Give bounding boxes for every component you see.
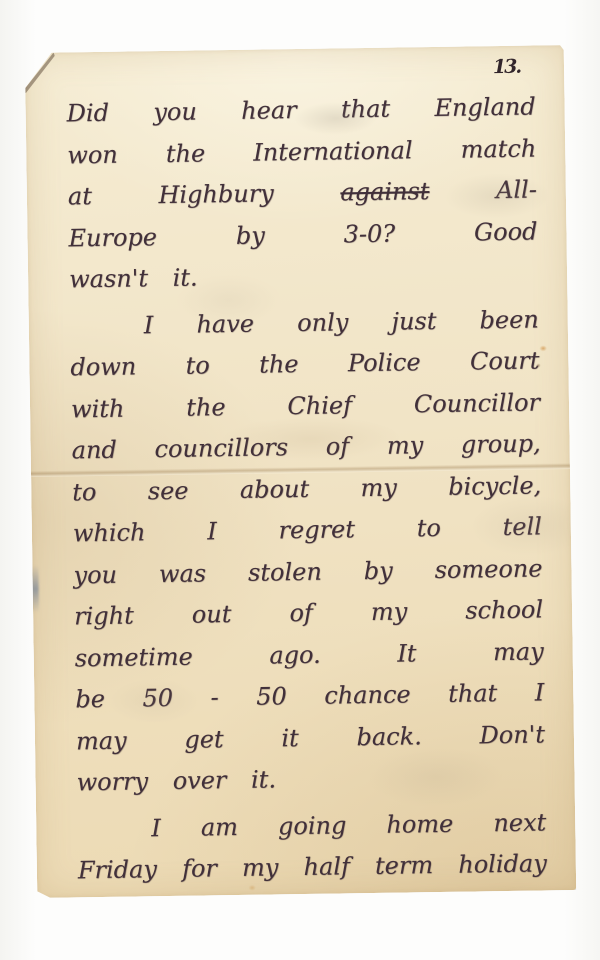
word: that xyxy=(341,89,391,131)
handwriting-line-19: Fridayformyhalftermholiday xyxy=(78,843,548,891)
word: you xyxy=(73,554,117,596)
word: regret xyxy=(278,509,355,552)
page-number: 13. xyxy=(493,56,520,78)
handwriting-line-7: downtothePoliceCourt xyxy=(70,340,540,388)
word: term xyxy=(375,845,434,887)
word: have xyxy=(196,303,254,345)
word: I xyxy=(207,511,217,553)
word: Court xyxy=(470,340,540,383)
word: half xyxy=(303,846,350,888)
word: which xyxy=(73,512,146,555)
word: to xyxy=(185,345,210,387)
blue-edge-mark xyxy=(30,565,39,613)
word: International xyxy=(253,130,413,174)
word: down xyxy=(70,346,136,388)
word: match xyxy=(460,128,536,171)
word: tell xyxy=(502,506,542,548)
scanned-letter: 13. DidyouhearthatEnglandwontheInternati… xyxy=(0,0,600,960)
word: 50 xyxy=(142,678,173,720)
word: won xyxy=(67,134,118,176)
handwriting-line-3: atHighburyagainstAll- xyxy=(68,169,538,217)
word: sometime xyxy=(74,636,193,679)
word: school xyxy=(465,589,543,632)
word: stolen xyxy=(248,551,322,594)
word: just xyxy=(391,300,436,342)
word: for xyxy=(182,848,217,890)
handwriting-line-15: be50-50chancethatI xyxy=(75,672,545,720)
corner-fold-crease xyxy=(23,53,56,93)
word: with xyxy=(71,388,125,430)
word: home xyxy=(386,803,453,845)
word: someone xyxy=(434,548,542,591)
word: group, xyxy=(461,423,541,466)
word: All- xyxy=(496,169,537,211)
handwriting-line-4: Europeby3-0?Good xyxy=(68,211,538,259)
word: Europe xyxy=(68,217,157,260)
word: 3-0? xyxy=(343,213,395,255)
word: my xyxy=(360,467,397,509)
word: my xyxy=(387,425,424,467)
word: councillors xyxy=(154,427,288,470)
handwriting-line-17: worry over it. xyxy=(76,755,546,803)
word: going xyxy=(278,805,347,848)
word: the xyxy=(186,387,226,429)
word: by xyxy=(363,550,393,592)
word: get xyxy=(184,719,224,761)
word: It xyxy=(397,633,417,675)
word: Highbury xyxy=(158,173,274,216)
word: ago. xyxy=(269,634,321,676)
handwriting-line-8: withtheChiefCouncillor xyxy=(71,382,541,430)
word: - xyxy=(210,677,219,719)
handwriting-line-10: toseeaboutmybicycle, xyxy=(72,465,542,513)
word: only xyxy=(297,302,349,344)
handwriting-line-14: sometimeago.Itmay xyxy=(74,631,544,679)
word: 50 xyxy=(256,676,287,718)
word: Friday xyxy=(78,849,158,892)
handwriting-line-18: Iamgoinghomenext xyxy=(77,802,547,850)
handwriting-line-11: whichIregrettotell xyxy=(73,506,543,554)
word: Councillor xyxy=(414,382,541,425)
word: the xyxy=(259,344,299,386)
word: it xyxy=(281,718,299,760)
word: to xyxy=(416,508,441,550)
word: I xyxy=(534,672,544,714)
word: England xyxy=(434,86,536,129)
word: chance xyxy=(324,674,411,717)
word: to xyxy=(72,472,97,514)
word: bicycle, xyxy=(448,465,542,508)
word: Did xyxy=(66,93,109,135)
letter-page: 13. DidyouhearthatEnglandwontheInternati… xyxy=(25,45,576,898)
word: see xyxy=(147,470,188,512)
word: been xyxy=(479,299,539,341)
word: may xyxy=(493,631,544,673)
word: by xyxy=(236,215,266,257)
word: Police xyxy=(348,342,421,385)
word: my xyxy=(371,591,408,633)
handwriting-line-9: andcouncillorsofmygroup, xyxy=(71,423,541,471)
word: the xyxy=(166,133,206,175)
struck-word: against xyxy=(340,177,429,206)
word: am xyxy=(201,806,239,848)
word: Good xyxy=(474,211,538,253)
word: you xyxy=(153,92,197,134)
handwriting-line-12: youwasstolenbysomeone xyxy=(73,548,543,596)
word: Chief xyxy=(287,385,352,427)
word: of xyxy=(325,426,349,468)
word: against xyxy=(340,171,430,214)
word: at xyxy=(68,176,93,218)
word: my xyxy=(242,847,279,889)
word: and xyxy=(71,430,117,472)
letter-body: DidyouhearthatEnglandwontheInternational… xyxy=(66,86,547,891)
word: out xyxy=(192,594,232,636)
word: was xyxy=(159,553,207,595)
handwriting-line-2: wontheInternationalmatch xyxy=(67,128,537,176)
word: that xyxy=(448,673,498,715)
word: I xyxy=(151,808,161,850)
handwriting-line-5: wasn't it. xyxy=(69,252,539,300)
word: I xyxy=(144,305,154,347)
word: of xyxy=(289,593,313,635)
word: holiday xyxy=(458,843,547,886)
word: be xyxy=(75,679,105,721)
word: right xyxy=(74,595,134,637)
word: next xyxy=(493,802,546,844)
handwriting-line-13: rightoutofmyschool xyxy=(74,589,544,637)
word: may xyxy=(76,720,127,762)
handwriting-line-6: Ihaveonlyjustbeen xyxy=(70,299,540,347)
handwriting-line-16: maygetitback.Don't xyxy=(76,714,546,762)
word: Don't xyxy=(479,714,545,756)
word: back. xyxy=(356,716,422,758)
word: about xyxy=(240,468,310,511)
word: hear xyxy=(241,90,297,132)
handwriting-line-1: DidyouhearthatEngland xyxy=(66,86,536,134)
